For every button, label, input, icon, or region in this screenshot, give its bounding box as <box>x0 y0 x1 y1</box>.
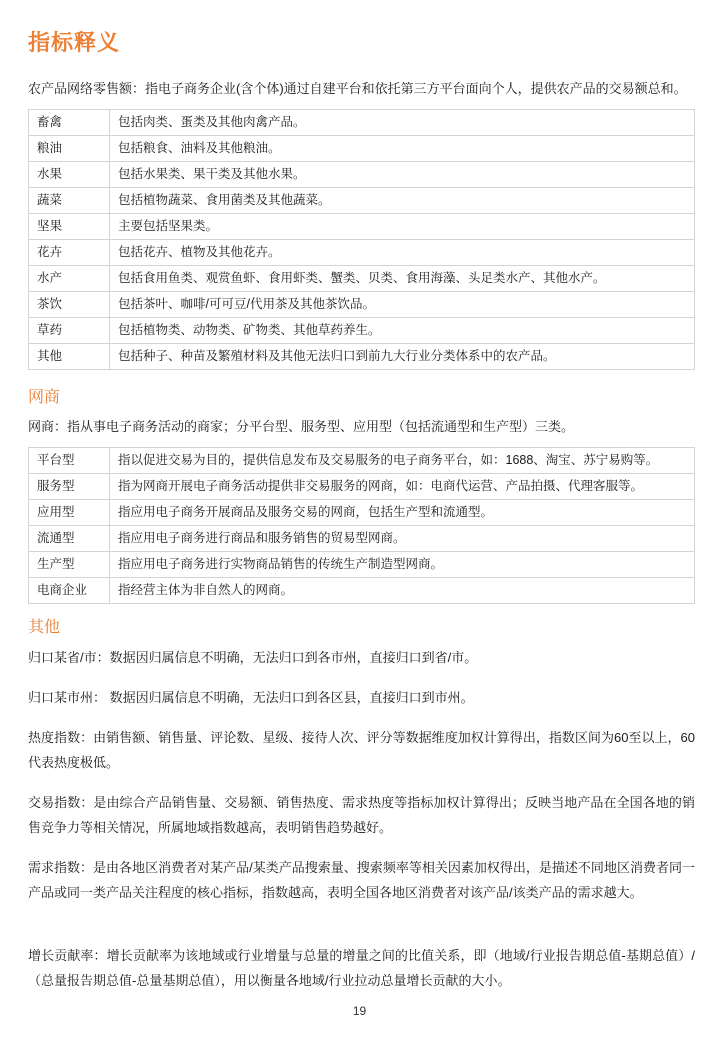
term-cell: 草药 <box>29 318 110 344</box>
table-row: 草药包括植物类、动物类、矿物类、其他草药养生。 <box>29 318 695 344</box>
table-row: 应用型指应用电子商务开展商品及服务交易的网商，包括生产型和流通型。 <box>29 500 695 526</box>
definition-cell: 包括花卉、植物及其他花卉。 <box>110 240 695 266</box>
term-cell: 花卉 <box>29 240 110 266</box>
definition-cell: 指应用电子商务开展商品及服务交易的网商，包括生产型和流通型。 <box>110 500 695 526</box>
table-row: 其他包括种子、种苗及繁殖材料及其他无法归口到前九大行业分类体系中的农产品。 <box>29 344 695 370</box>
definition-cell: 包括茶叶、咖啡/可可豆/代用茶及其他茶饮品。 <box>110 292 695 318</box>
definition-cell: 包括水果类、果干类及其他水果。 <box>110 162 695 188</box>
definition-cell: 包括种子、种苗及繁殖材料及其他无法归口到前九大行业分类体系中的农产品。 <box>110 344 695 370</box>
definition-cell: 指以促进交易为目的，提供信息发布及交易服务的电子商务平台，如：1688、淘宝、苏… <box>110 448 695 474</box>
table-row: 流通型指应用电子商务进行商品和服务销售的贸易型网商。 <box>29 526 695 552</box>
table-row: 粮油包括粮食、油料及其他粮油。 <box>29 136 695 162</box>
merchant-intro-paragraph: 网商：指从事电子商务活动的商家；分平台型、服务型、应用型（包括流通型和生产型）三… <box>28 415 695 439</box>
page-number: 19 <box>0 1004 719 1018</box>
table-row: 畜禽包括肉类、蛋类及其他肉禽产品。 <box>29 110 695 136</box>
section-heading-other: 其他 <box>28 614 695 637</box>
term-cell: 服务型 <box>29 474 110 500</box>
term-cell: 水果 <box>29 162 110 188</box>
term-cell: 流通型 <box>29 526 110 552</box>
definition-paragraph: 归口某市州： 数据因归属信息不明确，无法归口到各区县，直接归口到市州。 <box>28 685 695 710</box>
merchant-definitions-table: 平台型指以促进交易为目的，提供信息发布及交易服务的电子商务平台，如：1688、淘… <box>28 447 695 604</box>
table-row: 蔬菜包括植物蔬菜、食用菌类及其他蔬菜。 <box>29 188 695 214</box>
table-row: 水产包括食用鱼类、观赏鱼虾、食用虾类、蟹类、贝类、食用海藻、头足类水产、其他水产… <box>29 266 695 292</box>
term-cell: 电商企业 <box>29 578 110 604</box>
definition-cell: 指经营主体为非自然人的网商。 <box>110 578 695 604</box>
term-cell: 平台型 <box>29 448 110 474</box>
term-cell: 茶饮 <box>29 292 110 318</box>
definition-paragraph: 归口某省/市：数据因归属信息不明确，无法归口到各市州，直接归口到省/市。 <box>28 645 695 670</box>
definition-paragraph: 交易指数：是由综合产品销售量、交易额、销售热度、需求热度等指标加权计算得出；反映… <box>28 790 695 840</box>
definition-cell: 包括植物类、动物类、矿物类、其他草药养生。 <box>110 318 695 344</box>
other-definitions-paragraphs: 归口某省/市：数据因归属信息不明确，无法归口到各市州，直接归口到省/市。归口某市… <box>28 645 695 993</box>
table-row: 生产型指应用电子商务进行实物商品销售的传统生产制造型网商。 <box>29 552 695 578</box>
definition-cell: 主要包括坚果类。 <box>110 214 695 240</box>
table-row: 服务型指为网商开展电子商务活动提供非交易服务的网商，如：电商代运营、产品拍摄、代… <box>29 474 695 500</box>
term-cell: 粮油 <box>29 136 110 162</box>
term-cell: 生产型 <box>29 552 110 578</box>
section-heading-merchant: 网商 <box>28 384 695 407</box>
definition-cell: 指为网商开展电子商务活动提供非交易服务的网商，如：电商代运营、产品拍摄、代理客服… <box>110 474 695 500</box>
table-row: 水果包括水果类、果干类及其他水果。 <box>29 162 695 188</box>
definition-paragraph: 热度指数：由销售额、销售量、评论数、星级、接待人次、评分等数据维度加权计算得出，… <box>28 725 695 775</box>
category-table-body: 畜禽包括肉类、蛋类及其他肉禽产品。粮油包括粮食、油料及其他粮油。水果包括水果类、… <box>29 110 695 370</box>
table-row: 花卉包括花卉、植物及其他花卉。 <box>29 240 695 266</box>
page-title: 指标释义 <box>28 26 695 57</box>
table-row: 平台型指以促进交易为目的，提供信息发布及交易服务的电子商务平台，如：1688、淘… <box>29 448 695 474</box>
document-page: 指标释义 农产品网络零售额：指电子商务企业(含个体)通过自建平台和依托第三方平台… <box>0 0 719 1040</box>
category-definitions-table: 畜禽包括肉类、蛋类及其他肉禽产品。粮油包括粮食、油料及其他粮油。水果包括水果类、… <box>28 109 695 370</box>
definition-cell: 指应用电子商务进行商品和服务销售的贸易型网商。 <box>110 526 695 552</box>
table-row: 坚果主要包括坚果类。 <box>29 214 695 240</box>
term-cell: 坚果 <box>29 214 110 240</box>
term-cell: 应用型 <box>29 500 110 526</box>
definition-cell: 包括肉类、蛋类及其他肉禽产品。 <box>110 110 695 136</box>
table-row: 电商企业指经营主体为非自然人的网商。 <box>29 578 695 604</box>
definition-cell: 包括食用鱼类、观赏鱼虾、食用虾类、蟹类、贝类、食用海藻、头足类水产、其他水产。 <box>110 266 695 292</box>
intro-paragraph: 农产品网络零售额：指电子商务企业(含个体)通过自建平台和依托第三方平台面向个人，… <box>28 77 695 101</box>
term-cell: 畜禽 <box>29 110 110 136</box>
definition-cell: 包括植物蔬菜、食用菌类及其他蔬菜。 <box>110 188 695 214</box>
term-cell: 水产 <box>29 266 110 292</box>
definition-paragraph: 需求指数：是由各地区消费者对某产品/某类产品搜索量、搜索频率等相关因素加权得出，… <box>28 855 695 905</box>
term-cell: 蔬菜 <box>29 188 110 214</box>
merchant-table-body: 平台型指以促进交易为目的，提供信息发布及交易服务的电子商务平台，如：1688、淘… <box>29 448 695 604</box>
definition-cell: 指应用电子商务进行实物商品销售的传统生产制造型网商。 <box>110 552 695 578</box>
table-row: 茶饮包括茶叶、咖啡/可可豆/代用茶及其他茶饮品。 <box>29 292 695 318</box>
definition-cell: 包括粮食、油料及其他粮油。 <box>110 136 695 162</box>
term-cell: 其他 <box>29 344 110 370</box>
definition-paragraph: 增长贡献率：增长贡献率为该地域或行业增量与总量的增量之间的比值关系，即（地域/行… <box>28 943 695 993</box>
